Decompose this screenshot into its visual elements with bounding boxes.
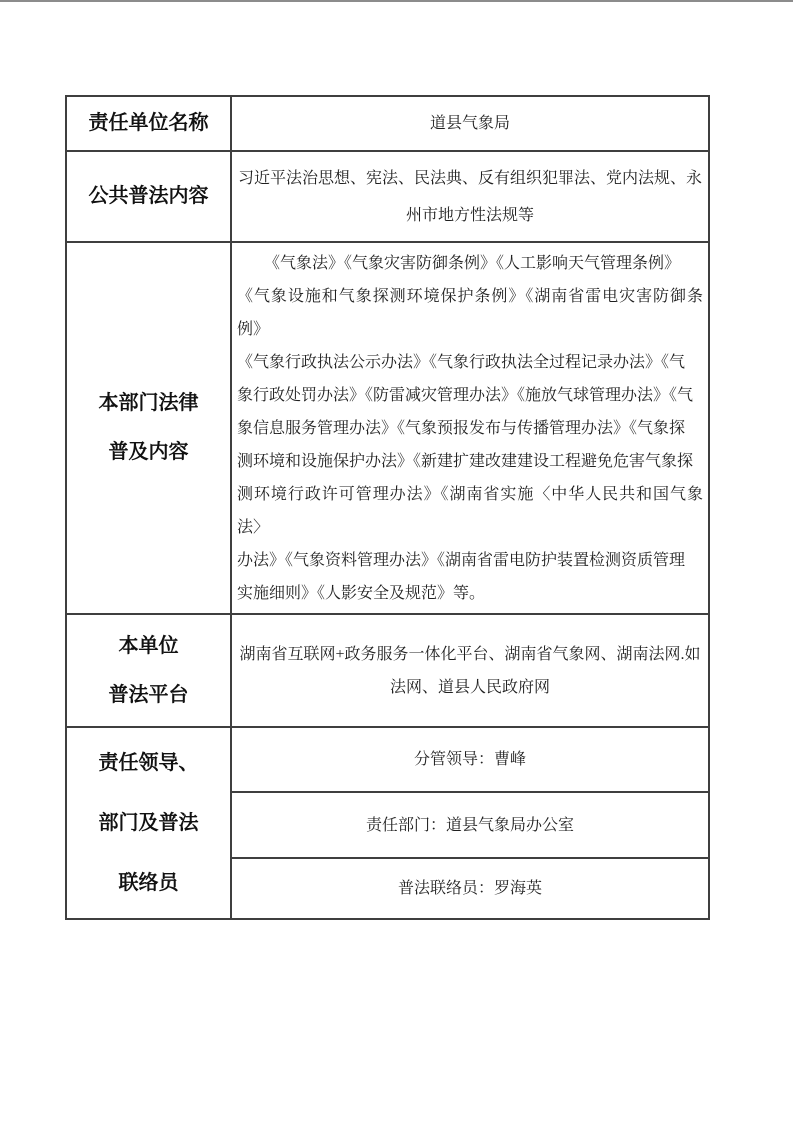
- value-department-law-content: 《气象法》《气象灾害防御条例》《人工影响天气管理条例》 《气象设施和气象探测环境…: [231, 242, 709, 614]
- label-department-law-content: 本部门法律 普及内容: [66, 242, 231, 614]
- value-law-platforms: 湖南省互联网+政务服务一体化平台、湖南省气象网、湖南法网.如 法网、道县人民政府…: [231, 614, 709, 727]
- label-law-platforms: 本单位 普法平台: [66, 614, 231, 727]
- row-department-law-content: 本部门法律 普及内容 《气象法》《气象灾害防御条例》《人工影响天气管理条例》 《…: [66, 242, 709, 614]
- label-public-law-content: 公共普法内容: [66, 151, 231, 242]
- label-leaders-liaison: 责任领导、 部门及普法 联络员: [66, 727, 231, 919]
- row-public-law-content: 公共普法内容 习近平法治思想、宪法、民法典、反有组织犯罪法、党内法规、永 州市地…: [66, 151, 709, 242]
- value-public-law-content: 习近平法治思想、宪法、民法典、反有组织犯罪法、党内法规、永 州市地方性法规等: [231, 151, 709, 242]
- row-unit-name: 责任单位名称 道县气象局: [66, 96, 709, 151]
- value-leader-in-charge: 分管领导：曹峰: [231, 727, 709, 792]
- label-unit-name: 责任单位名称: [66, 96, 231, 151]
- responsibility-unit-table: 责任单位名称 道县气象局 公共普法内容 习近平法治思想、宪法、民法典、反有组织犯…: [65, 95, 710, 920]
- value-law-liaison: 普法联络员：罗海英: [231, 858, 709, 919]
- row-law-platforms: 本单位 普法平台 湖南省互联网+政务服务一体化平台、湖南省气象网、湖南法网.如 …: [66, 614, 709, 727]
- value-responsible-department: 责任部门：道县气象局办公室: [231, 792, 709, 858]
- page-top-edge: [0, 0, 793, 2]
- value-unit-name: 道县气象局: [231, 96, 709, 151]
- row-leaders: 责任领导、 部门及普法 联络员 分管领导：曹峰: [66, 727, 709, 792]
